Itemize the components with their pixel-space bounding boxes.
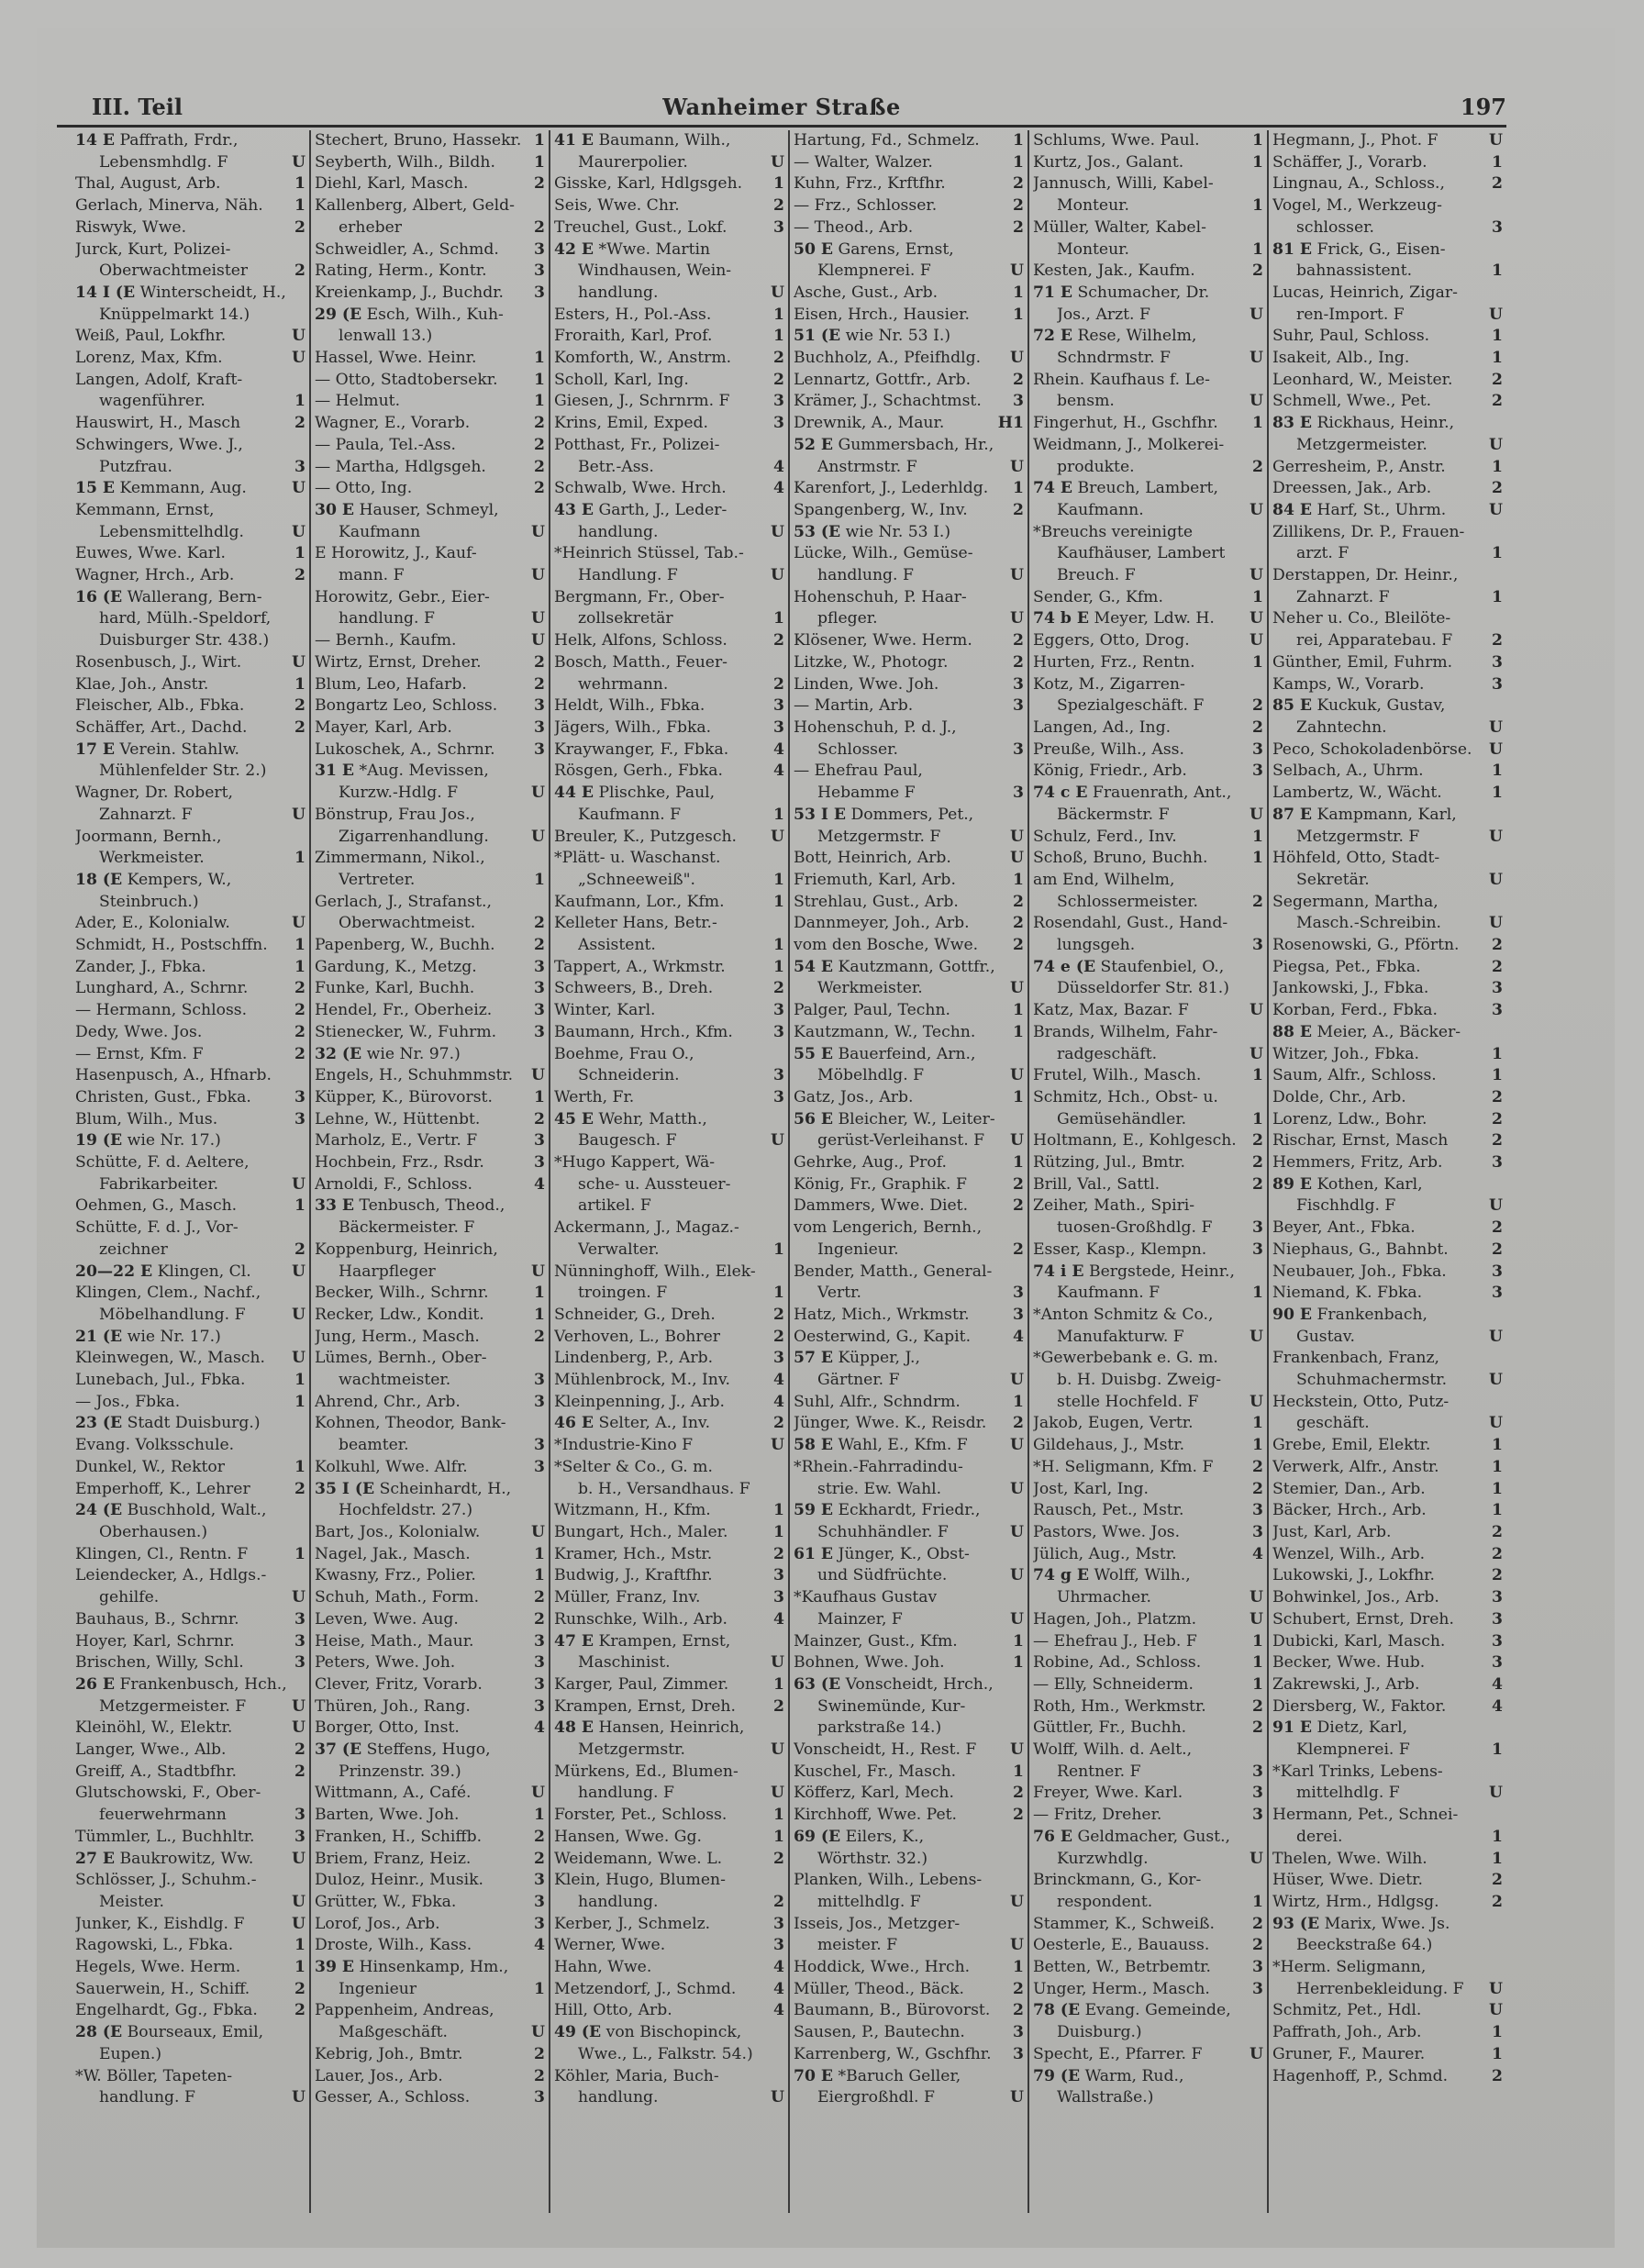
directory-entry: stelle Hochfeld. FU <box>1033 1392 1263 1414</box>
directory-entry: wagenführer.1 <box>75 391 305 413</box>
entry-text: Junker, K., Eishdlg. F <box>75 1914 244 1936</box>
floor-marker: 2 <box>534 1849 545 1871</box>
floor-marker: 1 <box>1252 587 1263 609</box>
directory-entry: Gardung, K., Metzg.3 <box>315 957 545 979</box>
directory-entry: Saum, Alfr., Schloss.1 <box>1272 1065 1503 1087</box>
floor-marker: U <box>1489 130 1503 152</box>
entry-text: Müller, Walter, Kabel- <box>1033 217 1206 239</box>
directory-entry: Lebensmhdlg. FU <box>75 152 305 174</box>
entry-text: Swinemünde, Kur- <box>817 1696 965 1718</box>
directory-entry: — Jos., Fbka.1 <box>75 1392 305 1414</box>
entry-text: Manufakturw. F <box>1057 1327 1184 1349</box>
directory-entry: Kaufmann.U <box>1033 500 1263 522</box>
directory-entry: Kreienkamp, J., Buchdr.3 <box>315 283 545 305</box>
entry-text: Euwes, Wwe. Karl. <box>75 543 226 565</box>
entry-text: Möbelhdlg. F <box>817 1065 924 1087</box>
directory-entry: Giesen, J., Schrnrm. F3 <box>554 391 784 413</box>
entry-text: Kaufmann, Lor., Kfm. <box>554 892 725 914</box>
directory-entry: Thal, August, Arb.1 <box>75 173 305 195</box>
entry-text: Oberwachtmeister <box>99 261 248 283</box>
entry-text: Krampen, Ernst, Dreh. <box>554 1696 736 1718</box>
floor-marker: 1 <box>1252 1892 1263 1914</box>
street-title: Wanheimer Straße <box>57 94 1506 120</box>
directory-entry: Schuhhändler. FU <box>794 1522 1024 1544</box>
floor-marker: H1 <box>998 413 1024 435</box>
entry-text: Rosenbusch, J., Wirt. <box>75 652 241 674</box>
directory-entry: Friemuth, Karl, Arb.1 <box>794 870 1024 892</box>
directory-entry: Schmell, Wwe., Pet.2 <box>1272 391 1503 413</box>
floor-marker: U <box>1489 913 1503 935</box>
floor-marker: 2 <box>294 1979 305 2001</box>
directory-entry: Weidemann, Wwe. L.2 <box>554 1849 784 1871</box>
floor-marker: 1 <box>1252 1283 1263 1305</box>
directory-entry: *Industrie-Kino FU <box>554 1435 784 1457</box>
directory-entry: b. H., Versandhaus. F <box>554 1479 784 1501</box>
entry-text: gehilfe. <box>99 1587 159 1609</box>
floor-marker: 2 <box>534 2044 545 2066</box>
floor-marker: 1 <box>1252 652 1263 674</box>
floor-marker: 1 <box>534 1565 545 1587</box>
directory-entry: — Ehefrau J., Heb. F1 <box>1033 1631 1263 1653</box>
entry-text: Fischhdlg. F <box>1296 1195 1395 1217</box>
directory-entry: — Helmut.1 <box>315 391 545 413</box>
entry-text: Betten, W., Betrbemtr. <box>1033 1957 1211 1979</box>
floor-marker: 2 <box>1013 2000 1024 2022</box>
directory-entry: Schweidler, A., Schmd.3 <box>315 239 545 261</box>
directory-entry: Schütte, F. d. Aeltere, <box>75 1152 305 1174</box>
entry-text: Wallstraße.) <box>1057 2087 1153 2109</box>
entry-text: Brischen, Willy, Schl. <box>75 1652 244 1674</box>
directory-entry: 28 (E Bourseaux, Emil, <box>75 2022 305 2044</box>
directory-entry: Gehrke, Aug., Prof.1 <box>794 1152 1024 1174</box>
directory-entry: Oesterwind, G., Kapit.4 <box>794 1327 1024 1349</box>
floor-marker: U <box>1489 1327 1503 1349</box>
floor-marker: 4 <box>773 1609 784 1631</box>
directory-entry: 58 E Wahl, E., Kfm. FU <box>794 1435 1024 1457</box>
directory-entry: b. H. Duisbg. Zweig- <box>1033 1370 1263 1392</box>
directory-entry: Wagner, Dr. Robert, <box>75 783 305 805</box>
floor-marker: 2 <box>1013 370 1024 392</box>
floor-marker: U <box>771 522 784 544</box>
floor-marker: U <box>771 283 784 305</box>
directory-entry: Grütter, W., Fbka.3 <box>315 1892 545 1914</box>
directory-entry: Scholl, Karl, Ing.2 <box>554 370 784 392</box>
floor-marker: U <box>1010 1609 1024 1631</box>
entry-text: Gerlach, Minerva, Näh. <box>75 195 263 217</box>
floor-marker: 1 <box>534 1087 545 1109</box>
entry-text: Köhler, Maria, Buch- <box>554 2066 719 2088</box>
directory-entry: Lauer, Jos., Arb.2 <box>315 2066 545 2088</box>
entry-text: Hartung, Fd., Schmelz. <box>794 130 980 152</box>
entry-text: Schneider, G., Dreh. <box>554 1305 716 1327</box>
entry-text: 57 E Küpper, J., <box>794 1348 920 1370</box>
directory-entry: bensm.U <box>1033 391 1263 413</box>
entry-text: Lebensmittelhdlg. <box>99 522 244 544</box>
entry-text: 43 E Garth, J., Leder- <box>554 500 727 522</box>
floor-marker: 3 <box>534 717 545 739</box>
directory-entry: Schlösser, J., Schuhm.- <box>75 1870 305 1892</box>
directory-entry: 78 (E Evang. Gemeinde, <box>1033 2000 1263 2022</box>
floor-marker: 3 <box>534 1392 545 1414</box>
directory-entry: Ingenieur1 <box>315 1979 545 2001</box>
directory-entry: Monteur.1 <box>1033 195 1263 217</box>
floor-marker: 2 <box>1492 630 1503 652</box>
floor-marker: 2 <box>1252 1479 1263 1501</box>
entry-text: arzt. F <box>1296 543 1349 565</box>
entry-text: Oehmen, G., Masch. <box>75 1195 237 1217</box>
directory-entry: Knüppelmarkt 14.) <box>75 305 305 327</box>
floor-marker: 3 <box>534 978 545 1000</box>
directory-entry: Bender, Matth., General- <box>794 1262 1024 1284</box>
entry-text: tuosen-Großhdlg. F <box>1057 1217 1212 1240</box>
entry-text: 49 (E von Bischopinck, <box>554 2022 741 2044</box>
directory-entry: 84 E Harf, St., Uhrm.U <box>1272 500 1503 522</box>
entry-text: b. H., Versandhaus. F <box>578 1479 750 1501</box>
entry-text: Schndrmstr. F <box>1057 348 1171 370</box>
floor-marker: 1 <box>1013 1087 1024 1109</box>
floor-marker: U <box>1489 1195 1503 1217</box>
entry-text: radgeschäft. <box>1057 1044 1157 1066</box>
entry-text: Mainzer, F <box>817 1609 903 1631</box>
floor-marker: U <box>1250 305 1263 327</box>
floor-marker: 1 <box>1013 1152 1024 1174</box>
floor-marker: 2 <box>534 478 545 500</box>
entry-text: Kaufhäuser, Lambert <box>1057 543 1225 565</box>
directory-entry: Spezialgeschäft. F2 <box>1033 695 1263 717</box>
directory-entry: Langen, Adolf, Kraft- <box>75 370 305 392</box>
floor-marker: 1 <box>1013 1392 1024 1414</box>
floor-marker: U <box>771 1130 784 1152</box>
floor-marker: 2 <box>1492 1544 1503 1566</box>
directory-entry: Seyberth, Wilh., Bildh.1 <box>315 152 545 174</box>
directory-entry: 18 (E Kempers, W., <box>75 870 305 892</box>
floor-marker: 1 <box>773 1500 784 1522</box>
directory-entry: Strehlau, Gust., Arb.2 <box>794 892 1024 914</box>
directory-entry: Franken, H., Schiffb.2 <box>315 1827 545 1849</box>
entry-text: Kurzwhdlg. <box>1057 1849 1149 1871</box>
floor-marker: 2 <box>773 674 784 696</box>
directory-entry: Metzgermeister. FU <box>75 1696 305 1718</box>
entry-text: Gerresheim, P., Anstr. <box>1272 457 1446 479</box>
floor-marker: 3 <box>294 1827 305 1849</box>
directory-entry: Thüren, Joh., Rang.3 <box>315 1696 545 1718</box>
directory-entry: 32 (E wie Nr. 97.) <box>315 1044 545 1066</box>
floor-marker: 2 <box>773 1892 784 1914</box>
directory-entry: Gerlach, J., Strafanst., <box>315 892 545 914</box>
floor-marker: U <box>292 652 305 674</box>
entry-text: Christen, Gust., Fbka. <box>75 1087 251 1109</box>
directory-entry: Krins, Emil, Exped.3 <box>554 413 784 435</box>
entry-text: — Otto, Stadtobersekr. <box>315 370 498 392</box>
entry-text: — Otto, Ing. <box>315 478 412 500</box>
floor-marker: U <box>292 1262 305 1284</box>
entry-text: Günther, Emil, Fuhrm. <box>1272 652 1452 674</box>
entry-text: Wörthstr. 32.) <box>817 1849 928 1871</box>
entry-text: Weidmann, J., Molkerei- <box>1033 435 1224 457</box>
entry-text: 37 (E Steffens, Hugo, <box>315 1740 491 1762</box>
floor-marker: 1 <box>1252 130 1263 152</box>
floor-marker: 2 <box>773 630 784 652</box>
floor-marker: U <box>1250 608 1263 630</box>
entry-text: Holtmann, E., Kohlgesch. <box>1033 1130 1237 1152</box>
floor-marker: 4 <box>534 1174 545 1196</box>
entry-text: Hatz, Mich., Wrkmstr. <box>794 1305 970 1327</box>
directory-entry: Isseis, Jos., Metzger- <box>794 1914 1024 1936</box>
entry-text: Betr.-Ass. <box>578 457 654 479</box>
entry-text: Karrenberg, W., Gschfhr. <box>794 2044 992 2066</box>
directory-entry: 24 (E Buschhold, Walt., <box>75 1500 305 1522</box>
entry-text: 24 (E Buschhold, Walt., <box>75 1500 266 1522</box>
entry-text: Forster, Pet., Schloss. <box>554 1805 727 1827</box>
floor-marker: 2 <box>1492 173 1503 195</box>
directory-entry: Verwerk, Alfr., Anstr.1 <box>1272 1457 1503 1479</box>
entry-text: bensm. <box>1057 391 1115 413</box>
floor-marker: 3 <box>1252 1240 1263 1262</box>
entry-text: Kurzw.-Hdlg. F <box>339 783 458 805</box>
directory-entry: Hurten, Frz., Rentn.1 <box>1033 652 1263 674</box>
directory-entry: Jankowski, J., Fbka.3 <box>1272 978 1503 1000</box>
floor-marker: 2 <box>1492 391 1503 413</box>
directory-entry: Prinzenstr. 39.) <box>315 1762 545 1784</box>
entry-text: Assistent. <box>578 935 656 957</box>
directory-entry: Gustav.U <box>1272 1327 1503 1349</box>
entry-text: Kamps, W., Vorarb. <box>1272 674 1425 696</box>
directory-entry: feuerwehrmann3 <box>75 1805 305 1827</box>
entry-text: Boehme, Frau O., <box>554 1044 694 1066</box>
directory-entry: Kesten, Jak., Kaufm.2 <box>1033 261 1263 283</box>
entry-text: — Ehefrau J., Heb. F <box>1033 1631 1197 1653</box>
floor-marker: 2 <box>773 1327 784 1349</box>
directory-entry: — Walter, Walzer.1 <box>794 152 1024 174</box>
floor-marker: 1 <box>1492 1827 1503 1849</box>
directory-entry: Baumann, B., Bürovorst.2 <box>794 2000 1024 2022</box>
directory-entry: handlung.U <box>554 522 784 544</box>
directory-entry: Mayer, Karl, Arb.3 <box>315 717 545 739</box>
directory-entry: Herrenbekleidung. FU <box>1272 1979 1503 2001</box>
entry-text: Unger, Herm., Masch. <box>1033 1979 1210 2001</box>
entry-text: Bohnen, Wwe. Joh. <box>794 1652 945 1674</box>
directory-entry: Frutel, Wilh., Masch.1 <box>1033 1065 1263 1087</box>
floor-marker: 1 <box>1013 1652 1024 1674</box>
floor-marker: U <box>1250 805 1263 827</box>
entry-text: Dreessen, Jak., Arb. <box>1272 478 1431 500</box>
directory-entry: meister. FU <box>794 1935 1024 1957</box>
floor-marker: 1 <box>1252 1065 1263 1087</box>
entry-text: *Heinrich Stüssel, Tab.- <box>554 543 744 565</box>
floor-marker: 2 <box>534 2066 545 2088</box>
floor-marker: 1 <box>1013 870 1024 892</box>
entry-text: Zimmermann, Nikol., <box>315 848 485 870</box>
entry-text: Zigarrenhandlung. <box>339 827 489 849</box>
entry-text: Niephaus, G., Bahnbt. <box>1272 1240 1449 1262</box>
floor-marker: 3 <box>534 283 545 305</box>
directory-entry: Eupen.) <box>75 2044 305 2066</box>
entry-text: Baugesch. F <box>578 1130 677 1152</box>
entry-text: Clever, Fritz, Vorarb. <box>315 1674 483 1696</box>
directory-entry: am End, Wilhelm, <box>1033 870 1263 892</box>
floor-marker: U <box>292 1348 305 1370</box>
entry-text: Gisske, Karl, Hdlgsgeh. <box>554 173 742 195</box>
entry-text: mann. F <box>339 565 405 587</box>
floor-marker: 4 <box>773 1370 784 1392</box>
floor-marker: 1 <box>773 870 784 892</box>
entry-text: Kaufmann. <box>1057 500 1144 522</box>
entry-text: Lambertz, W., Wächt. <box>1272 783 1442 805</box>
directory-entry: Düsseldorfer Str. 81.) <box>1033 978 1263 1000</box>
directory-entry: — Elly, Schneiderm.1 <box>1033 1674 1263 1696</box>
entry-text: Heise, Math., Maur. <box>315 1631 474 1653</box>
entry-text: Stemier, Dan., Arb. <box>1272 1479 1426 1501</box>
entry-text: Ackermann, J., Magaz.- <box>554 1217 739 1240</box>
entry-text: Monteur. <box>1057 195 1129 217</box>
entry-text: Klempnerei. F <box>817 261 931 283</box>
directory-entry: Marholz, E., Vertr. F3 <box>315 1130 545 1152</box>
directory-entry: 21 (E wie Nr. 17.) <box>75 1327 305 1349</box>
directory-entry: Müller, Franz, Inv.3 <box>554 1587 784 1609</box>
floor-marker: 3 <box>773 1000 784 1022</box>
directory-entry: Kohnen, Theodor, Bank- <box>315 1413 545 1435</box>
floor-marker: 2 <box>1252 892 1263 914</box>
directory-entry: Metzendorf, J., Schmd.4 <box>554 1979 784 2001</box>
floor-marker: U <box>1010 2087 1024 2109</box>
entry-text: 27 E Baukrowitz, Ww. <box>75 1849 253 1871</box>
directory-entry: Engelhardt, Gg., Fbka.2 <box>75 2000 305 2022</box>
floor-marker: 3 <box>1492 1000 1503 1022</box>
entry-text: derei. <box>1296 1827 1343 1849</box>
entry-text: Kaufmann <box>339 522 420 544</box>
directory-entry: Eggers, Otto, Drog.U <box>1033 630 1263 652</box>
entry-text: Werkmeister. <box>817 978 923 1000</box>
directory-entry: Lorenz, Ldw., Bohr.2 <box>1272 1109 1503 1131</box>
entry-text: Hill, Otto, Arb. <box>554 2000 672 2022</box>
floor-marker: U <box>531 2022 545 2044</box>
floor-marker: 1 <box>1492 261 1503 283</box>
entry-text: Winter, Karl. <box>554 1000 656 1022</box>
entry-text: Wagner, Dr. Robert, <box>75 783 233 805</box>
floor-marker: U <box>1250 1000 1263 1022</box>
floor-marker: 3 <box>1492 1652 1503 1674</box>
floor-marker: 2 <box>1492 1892 1503 1914</box>
directory-entry: Eisen, Hrch., Hausier.1 <box>794 305 1024 327</box>
entry-text: Zeiher, Math., Spiri- <box>1033 1195 1194 1217</box>
directory-entry: Heise, Math., Maur.3 <box>315 1631 545 1653</box>
entry-text: Beeckstraße 64.) <box>1296 1935 1432 1957</box>
floor-marker: 3 <box>1013 1305 1024 1327</box>
floor-marker: 2 <box>1013 913 1024 935</box>
floor-marker: U <box>771 565 784 587</box>
directory-entry: Schlossermeister.2 <box>1033 892 1263 914</box>
directory-entry: Boehme, Frau O., <box>554 1044 784 1066</box>
directory-entry: Metzgermeister.U <box>1272 435 1503 457</box>
entry-text: Katz, Max, Bazar. F <box>1033 1000 1189 1022</box>
entry-text: Becker, Wwe. Hub. <box>1272 1652 1425 1674</box>
floor-marker: 2 <box>1013 892 1024 914</box>
floor-marker: U <box>1010 1130 1024 1152</box>
entry-text: Kreienkamp, J., Buchdr. <box>315 283 504 305</box>
directory-entry: Schlums, Wwe. Paul.1 <box>1033 130 1263 152</box>
directory-entry: Werkmeister.U <box>794 978 1024 1000</box>
directory-entry: 29 (E Esch, Wilh., Kuh- <box>315 305 545 327</box>
floor-marker: U <box>1010 457 1024 479</box>
directory-entry: 74 e (E Staufenbiel, O., <box>1033 957 1263 979</box>
floor-marker: 4 <box>773 761 784 783</box>
entry-text: Klingen, Cl., Rentn. F <box>75 1544 248 1566</box>
entry-text: Rösgen, Gerh., Fbka. <box>554 761 723 783</box>
directory-entry: Klempnerei. F1 <box>1272 1740 1503 1762</box>
floor-marker: 3 <box>1492 1283 1503 1305</box>
directory-entry: Schäffer, J., Vorarb.1 <box>1272 152 1503 174</box>
entry-text: Müller, Franz, Inv. <box>554 1587 701 1609</box>
directory-entry: Vogel, M., Werkzeug- <box>1272 195 1503 217</box>
directory-entry: Kemmann, Ernst, <box>75 500 305 522</box>
entry-text: Werkmeister. <box>99 848 205 870</box>
floor-marker: 2 <box>294 217 305 239</box>
directory-entry: Gildehaus, J., Mstr.1 <box>1033 1435 1263 1457</box>
entry-text: Gemüsehändler. <box>1057 1109 1186 1131</box>
directory-entry: Hansen, Wwe. Gg.1 <box>554 1827 784 1849</box>
floor-marker: 1 <box>773 805 784 827</box>
floor-marker: 1 <box>534 348 545 370</box>
floor-marker: 2 <box>1492 1087 1503 1109</box>
floor-marker: 2 <box>1013 1413 1024 1435</box>
directory-entry: Witzer, Joh., Fbka.1 <box>1272 1044 1503 1066</box>
directory-entry: Fingerhut, H., Gschfhr.1 <box>1033 413 1263 435</box>
entry-text: Mühlenbrock, M., Inv. <box>554 1370 730 1392</box>
directory-entry: Arnoldi, F., Schloss.4 <box>315 1174 545 1196</box>
directory-entry: Duloz, Heinr., Musik.3 <box>315 1870 545 1892</box>
entry-text: handlung. <box>578 283 659 305</box>
entry-text: Stechert, Bruno, Hassekr. <box>315 130 521 152</box>
entry-text: Weidemann, Wwe. L. <box>554 1849 722 1871</box>
directory-entry: „Schneeweiß".1 <box>554 870 784 892</box>
directory-entry: Kurzw.-Hdlg. FU <box>315 783 545 805</box>
floor-marker: 3 <box>534 2087 545 2109</box>
floor-marker: 1 <box>773 1805 784 1827</box>
column-5: Schlums, Wwe. Paul.1Kurtz, Jos., Galant.… <box>1027 130 1267 2213</box>
entry-text: wehrmann. <box>578 674 668 696</box>
floor-marker: 2 <box>1013 935 1024 957</box>
floor-marker: 1 <box>534 1544 545 1566</box>
directory-entry: Günther, Emil, Fuhrm.3 <box>1272 652 1503 674</box>
entry-text: parkstraße 14.) <box>817 1718 941 1740</box>
entry-text: Brands, Wilhelm, Fahr- <box>1033 1022 1217 1044</box>
floor-marker: 3 <box>534 1022 545 1044</box>
entry-text: strie. Ew. Wahl. <box>817 1479 941 1501</box>
directory-entry: Kotz, M., Zigarren- <box>1033 674 1263 696</box>
directory-entry: Gisske, Karl, Hdlgsgeh.1 <box>554 173 784 195</box>
directory-entry: Fleischer, Alb., Fbka.2 <box>75 695 305 717</box>
entry-text: Rausch, Pet., Mstr. <box>1033 1500 1183 1522</box>
entry-text: Metzgermstr. F <box>817 827 940 849</box>
directory-entry: Vertr.3 <box>794 1283 1024 1305</box>
floor-marker: 2 <box>534 1609 545 1631</box>
entry-text: Niemand, K. Fbka. <box>1272 1283 1422 1305</box>
entry-text: Paffrath, Joh., Arb. <box>1272 2022 1421 2044</box>
directory-entry: Wirtz, Ernst, Dreher.2 <box>315 652 545 674</box>
floor-marker: U <box>1010 978 1024 1000</box>
entry-text: Handlung. F <box>578 565 678 587</box>
entry-text: Hurten, Frz., Rentn. <box>1033 652 1195 674</box>
floor-marker: 2 <box>534 435 545 457</box>
directory-entry: Klae, Joh., Anstr.1 <box>75 674 305 696</box>
directory-entry: Joormann, Bernh., <box>75 827 305 849</box>
entry-text: zollsekretär <box>578 608 673 630</box>
entry-text: Lindenberg, P., Arb. <box>554 1348 713 1370</box>
entry-text: Rating, Herm., Kontr. <box>315 261 487 283</box>
entry-text: Gärtner. F <box>817 1370 900 1392</box>
floor-marker: 3 <box>534 1914 545 1936</box>
floor-marker: 2 <box>534 652 545 674</box>
